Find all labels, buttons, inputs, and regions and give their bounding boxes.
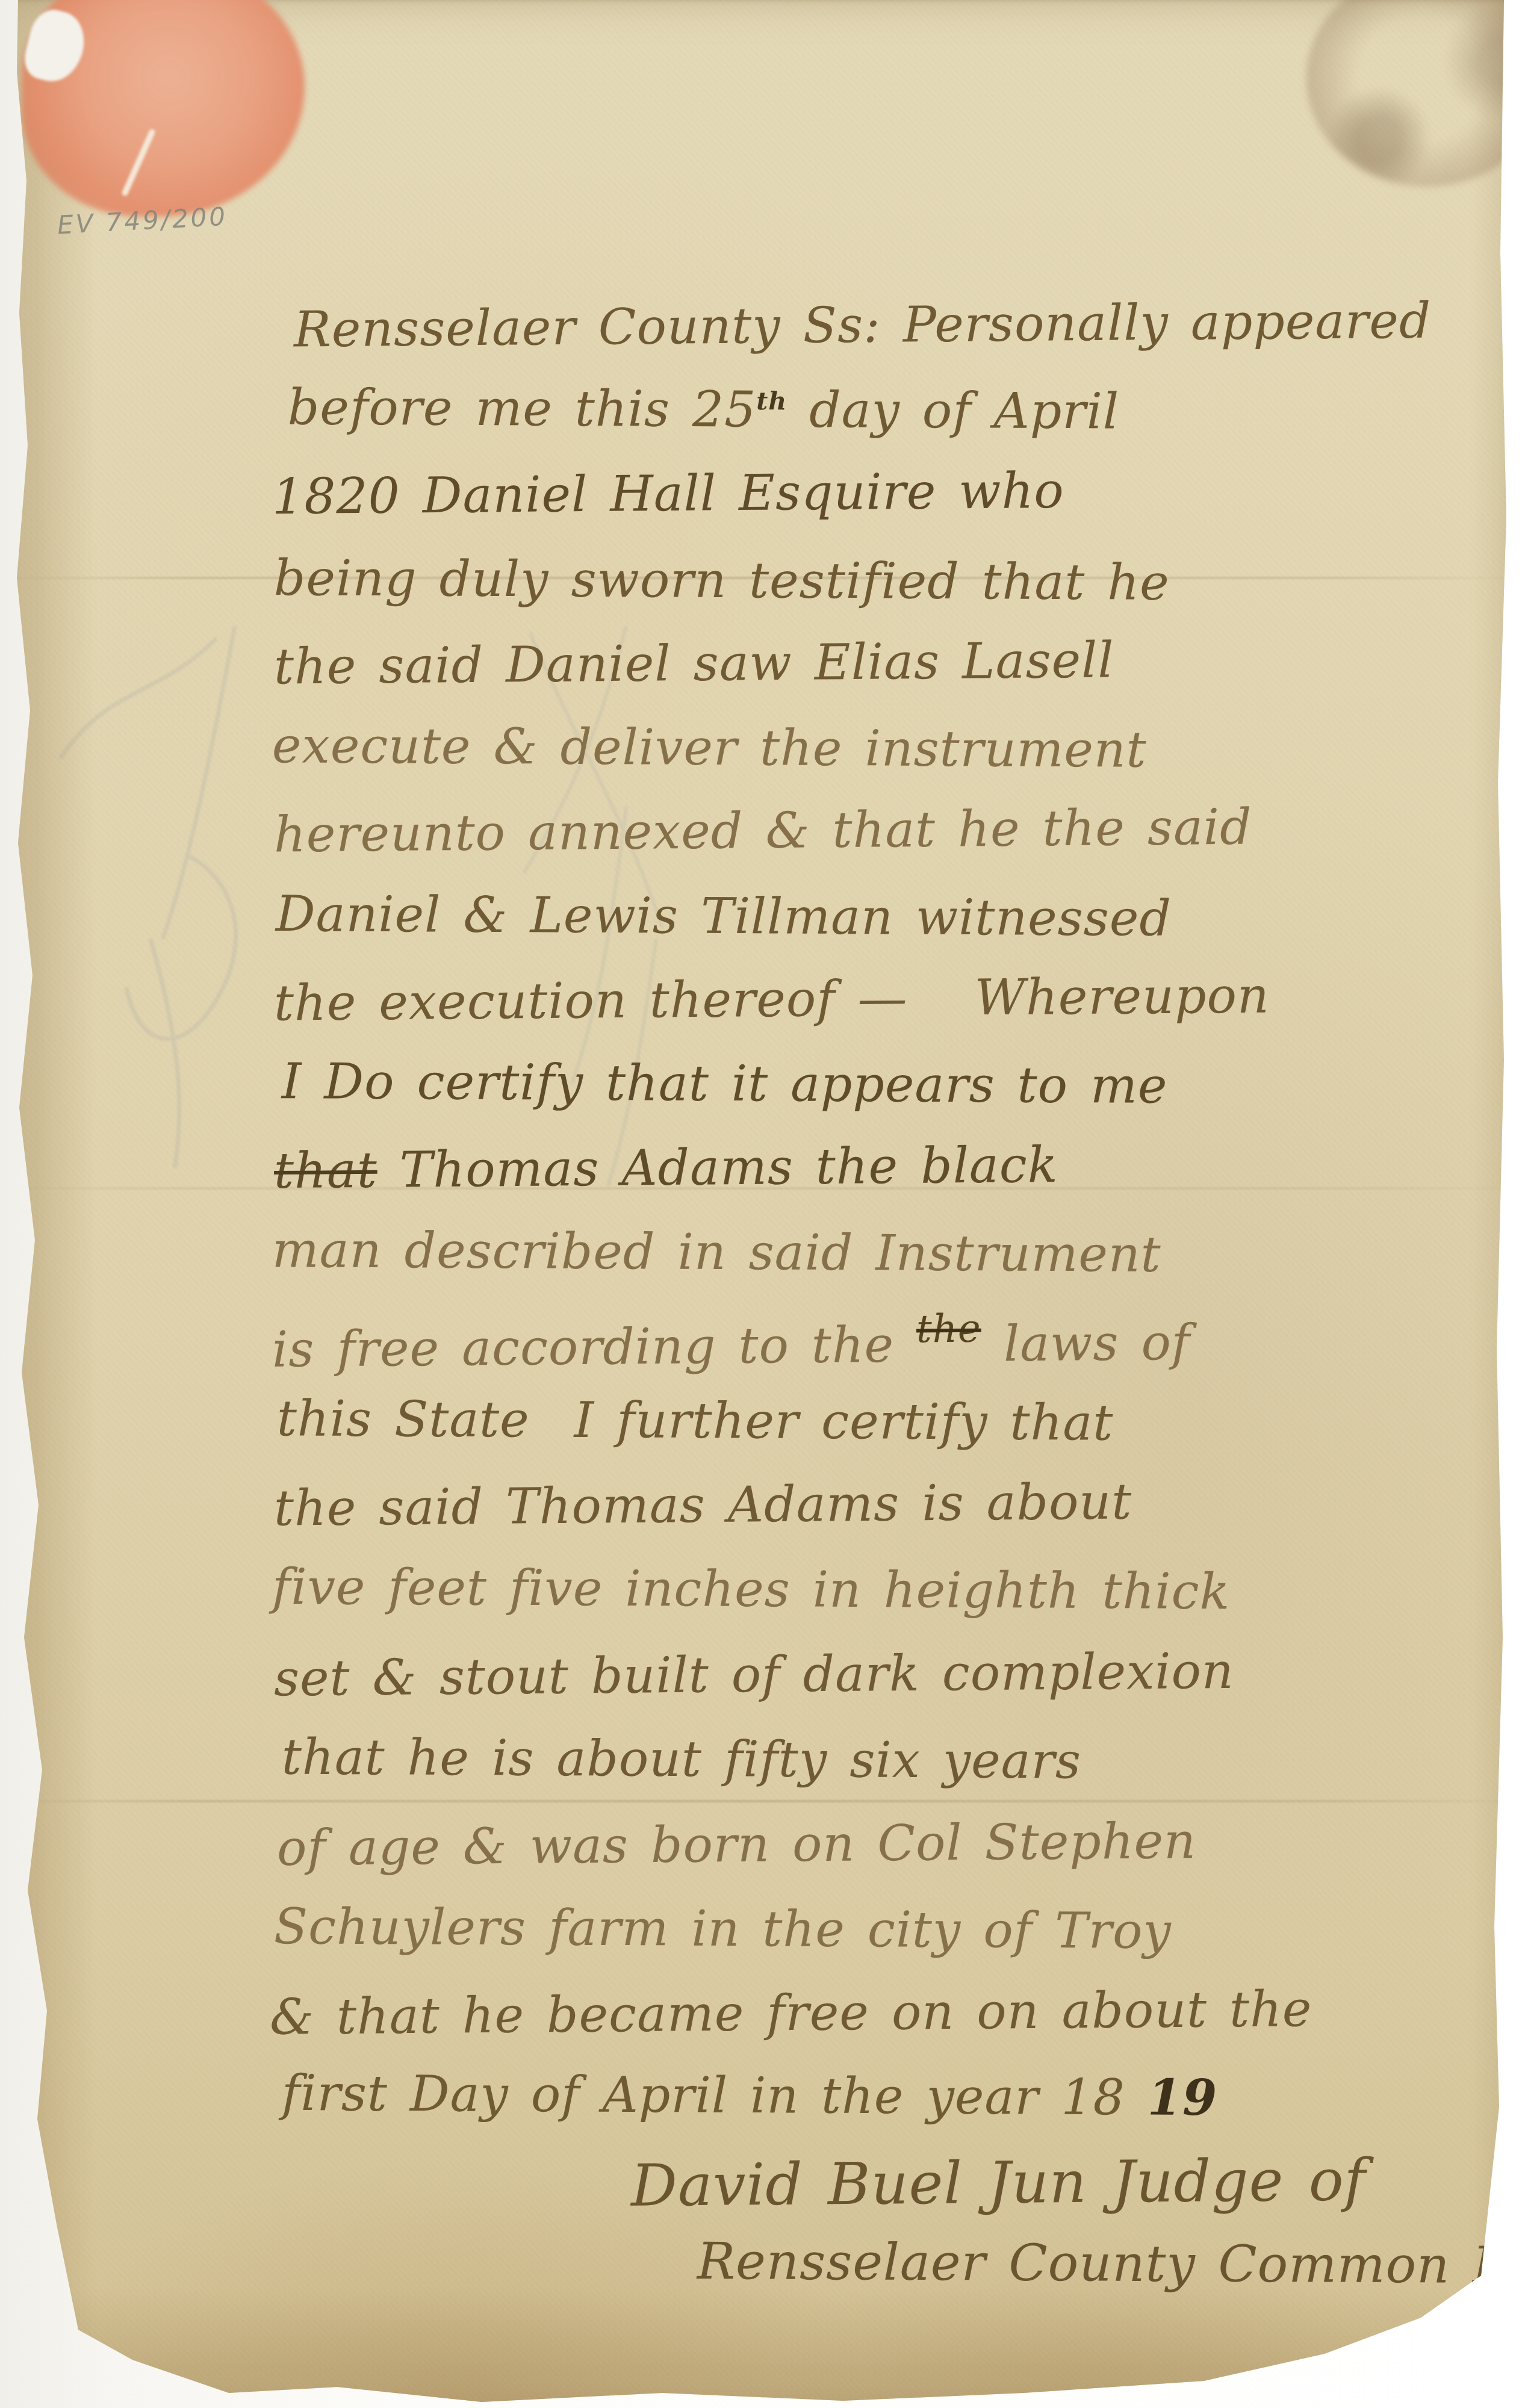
manuscript-text: the execution thereof — Whereupon xyxy=(274,967,1270,1032)
manuscript-text: Thomas Adams the black xyxy=(377,1137,1058,1199)
manuscript-text: I Do certify that it appears to me xyxy=(282,1053,1168,1115)
manuscript-line: 1820 Daniel Hall Esquire who xyxy=(272,465,1064,523)
fold-crease xyxy=(0,1800,1522,1802)
manuscript-line: the said Daniel saw Elias Lasell xyxy=(274,635,1114,694)
manuscript-text: Schuylers farm in the city of Troy xyxy=(274,1898,1172,1960)
manuscript-line: first Day of April in the year 18 19 xyxy=(282,2067,1218,2124)
manuscript-text: being duly sworn testified that he xyxy=(274,550,1170,612)
manuscript-line: Daniel & Lewis Tillman witnessed xyxy=(276,889,1172,945)
manuscript-line: I Do certify that it appears to me xyxy=(282,1056,1168,1112)
superscript-th: th xyxy=(756,386,787,415)
manuscript-text: day of April xyxy=(787,382,1119,441)
manuscript-line: that he is about fifty six years xyxy=(282,1732,1081,1788)
manuscript-text: that he is about fifty six years xyxy=(282,1729,1081,1790)
manuscript-text: five feet five inches in heighth thick xyxy=(272,1559,1231,1621)
bleedthrough-marks xyxy=(36,602,289,1180)
manuscript-text: Rensselaer County Ss: Personally appeare… xyxy=(294,293,1432,359)
manuscript-text: the said Thomas Adams is about xyxy=(274,1473,1132,1537)
manuscript-text: & that he became free on on about the xyxy=(270,1981,1312,2046)
signature-line: David Buel Jun Judge of xyxy=(631,2150,1367,2216)
manuscript-text: laws of xyxy=(981,1314,1191,1373)
manuscript-text: set & stout built of dark complexion xyxy=(274,1643,1234,1708)
manuscript-line: the said Thomas Adams is about xyxy=(274,1476,1132,1534)
manuscript-line: of age & was born on Col Stephen xyxy=(277,1816,1197,1875)
manuscript-text: hereunto annexed & that he the said xyxy=(274,799,1252,864)
manuscript-line: being duly sworn testified that he xyxy=(274,553,1170,609)
manuscript-text: the said Daniel saw Elias Lasell xyxy=(274,632,1114,696)
manuscript-paper: EV 749/200 Rensselaer County Ss: Persona… xyxy=(0,0,1522,2408)
struck-word: that xyxy=(274,1142,377,1200)
manuscript-line: before me this 25th day of April xyxy=(288,382,1120,438)
manuscript-line: hereunto annexed & that he the said xyxy=(274,802,1252,861)
manuscript-text: 1820 Daniel Hall Esquire who xyxy=(272,462,1064,526)
overwritten-year: 19 xyxy=(1148,2068,1218,2127)
manuscript-text: first Day of April in the year 18 xyxy=(282,2065,1148,2127)
manuscript-text: execute & deliver the instrument xyxy=(272,717,1147,779)
scanned-manuscript-page: { "colors":{ "paper":"#e2d6b2", "ink":"#… xyxy=(0,0,1522,2408)
paper-edge-shading xyxy=(0,0,1522,2408)
signature-text: David Buel Jun Judge of xyxy=(631,2146,1367,2220)
manuscript-text: Daniel & Lewis Tillman witnessed xyxy=(276,886,1172,948)
manuscript-line: Schuylers farm in the city of Troy xyxy=(274,1901,1172,1958)
manuscript-text: is free according to the xyxy=(272,1317,917,1379)
manuscript-line: five feet five inches in heighth thick xyxy=(272,1562,1231,1618)
manuscript-line: execute & deliver the instrument xyxy=(272,720,1147,777)
court-line: Rensselaer County Common Pleas xyxy=(697,2235,1522,2292)
manuscript-line: & that he became free on on about the xyxy=(270,1984,1312,2044)
manuscript-line: the execution thereof — Whereupon xyxy=(274,970,1270,1030)
manuscript-line: is free according to the the laws of xyxy=(272,1308,1191,1376)
manuscript-line: Rensselaer County Ss: Personally appeare… xyxy=(294,296,1432,356)
manuscript-line: this State I further certify that xyxy=(277,1393,1114,1449)
struck-insertion: the xyxy=(916,1307,981,1352)
manuscript-line: set & stout built of dark complexion xyxy=(274,1646,1234,1705)
manuscript-line: man described in said Instrument xyxy=(272,1224,1161,1281)
manuscript-text: man described in said Instrument xyxy=(272,1221,1161,1283)
court-text: Rensselaer County Common Pleas xyxy=(697,2232,1522,2295)
manuscript-text: this State I further certify that xyxy=(277,1390,1114,1451)
manuscript-line: that Thomas Adams the black xyxy=(274,1140,1058,1197)
manuscript-text: before me this 25 xyxy=(288,379,757,438)
manuscript-text: of age & was born on Col Stephen xyxy=(277,1813,1197,1877)
